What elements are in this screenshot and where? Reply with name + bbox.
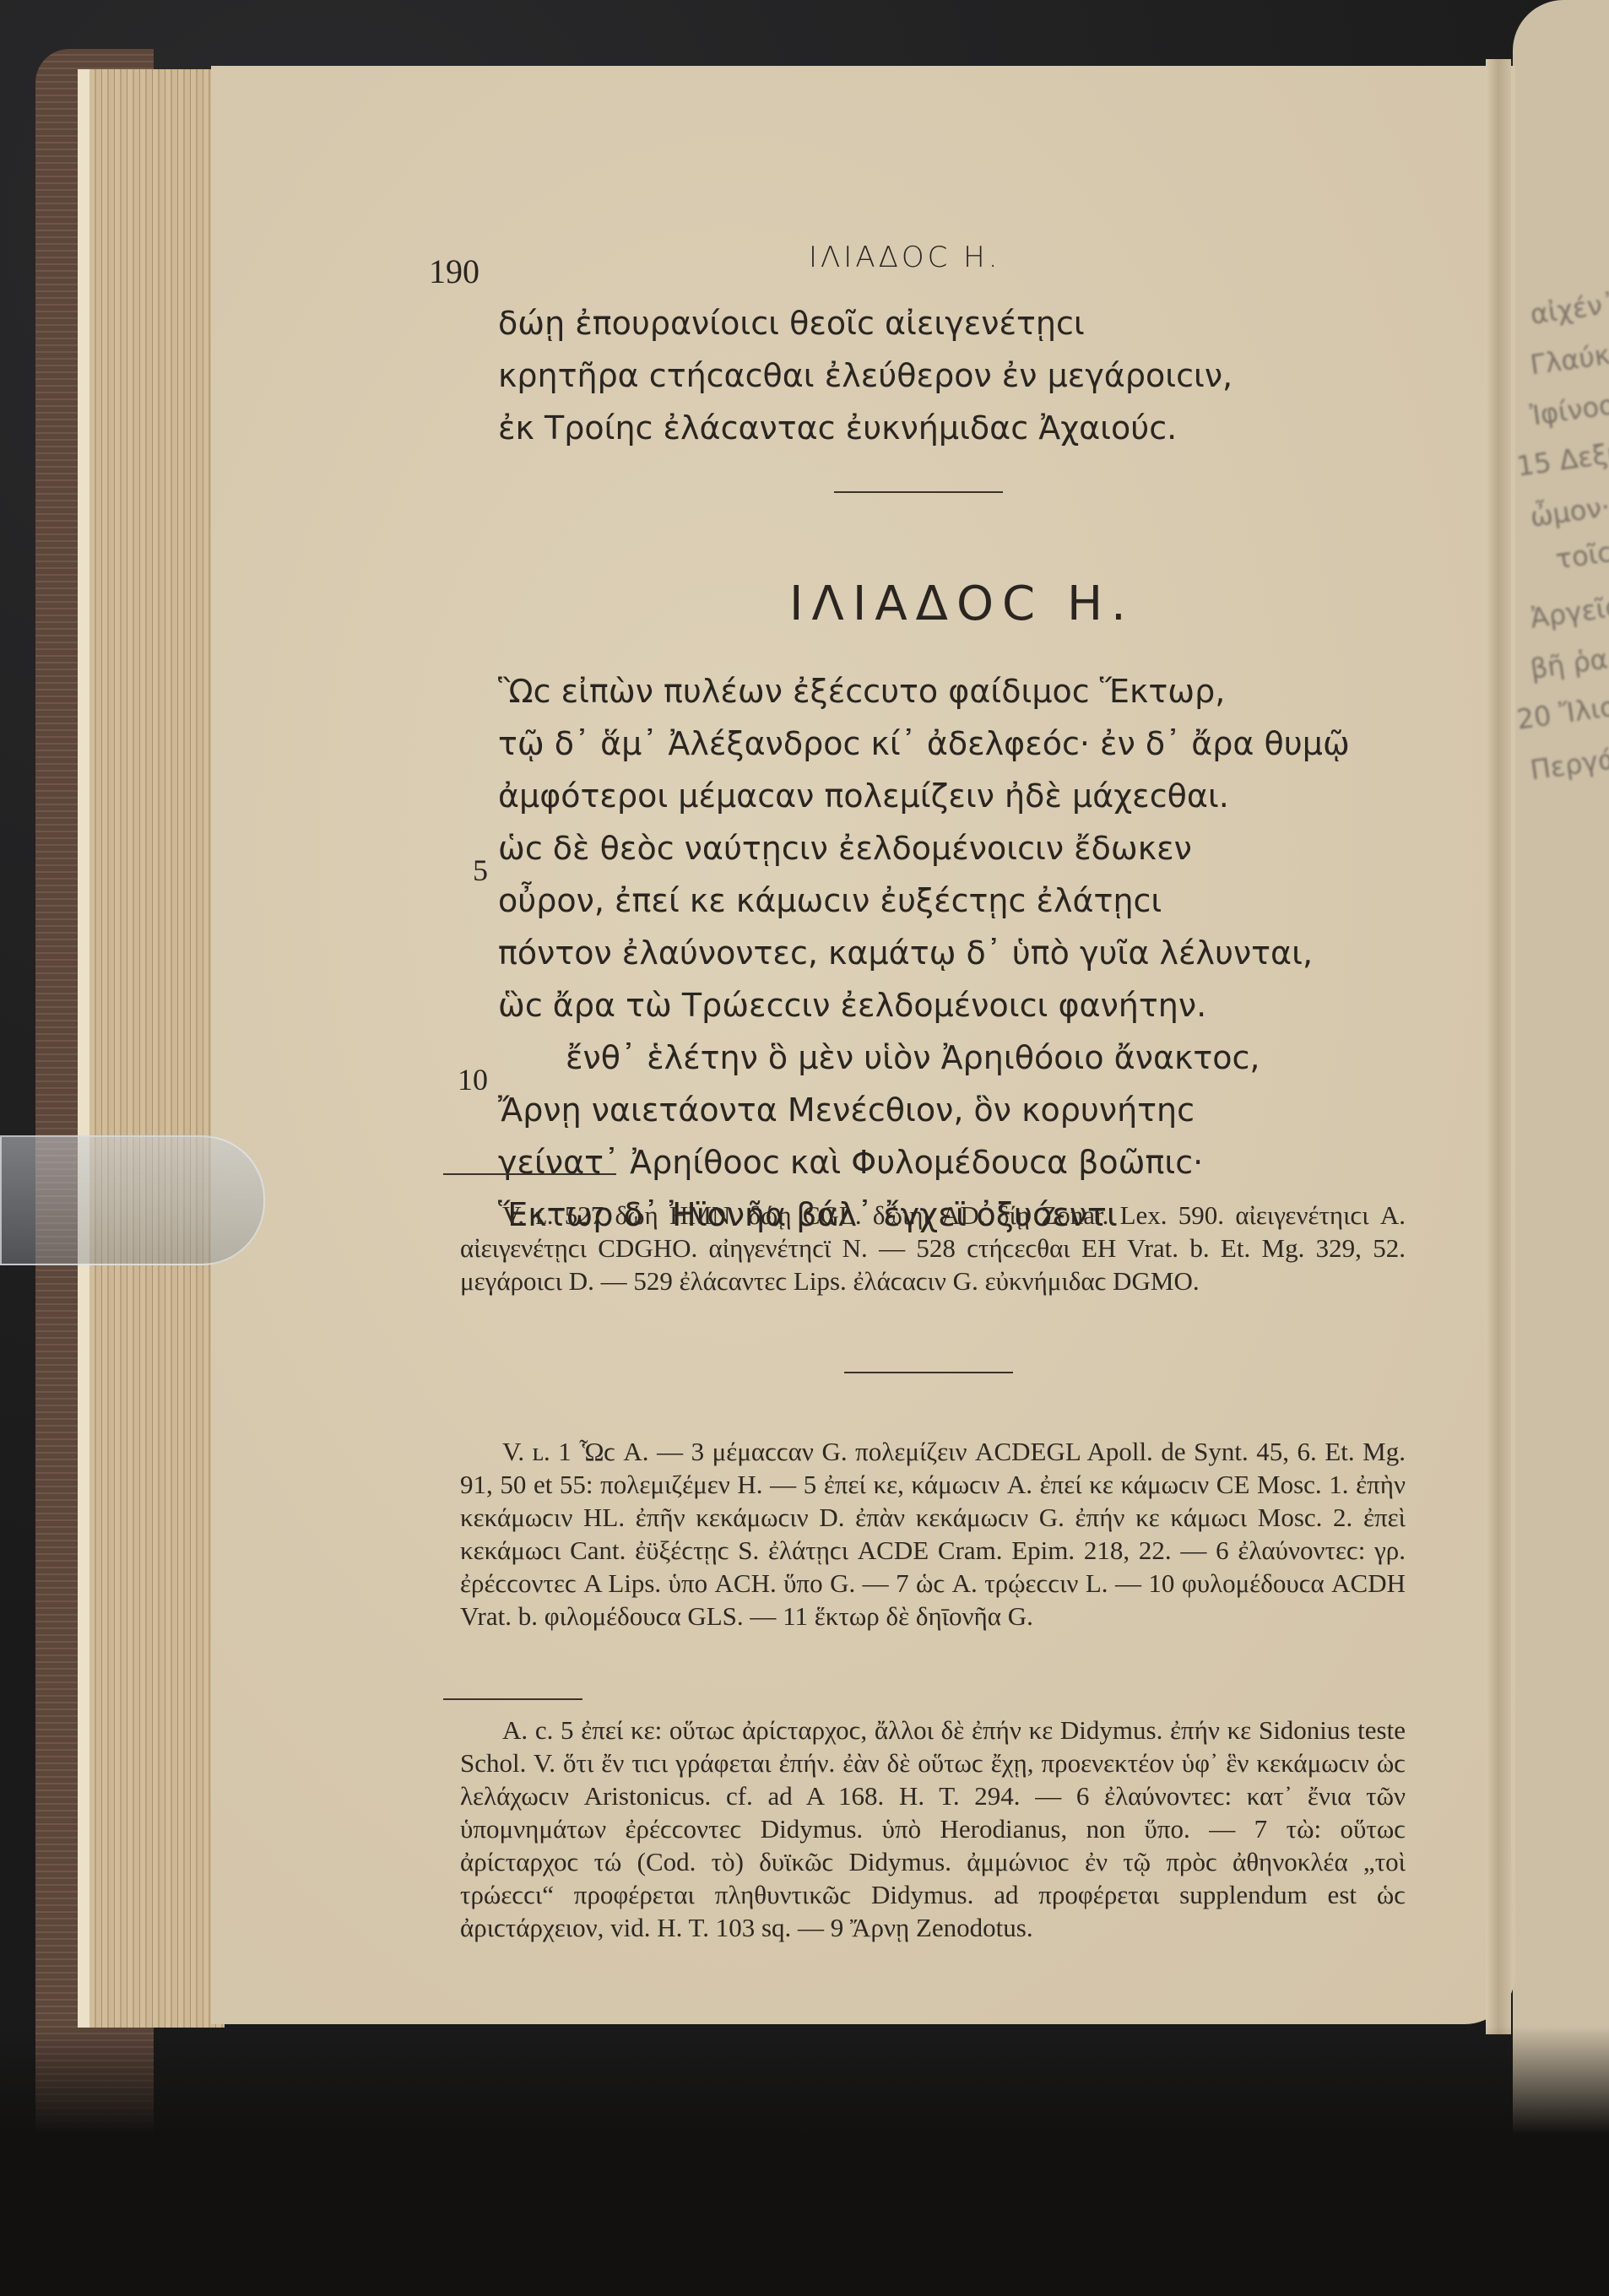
- footnote-text: V. ʟ. 527 δώη HMN. δώῃ CGL. δώιηι AD. δί…: [460, 1199, 1406, 1297]
- verse-line: οὖρον, ἐπεί κε κάμωϲιν ἐυξέϲτῃϲ ἐλάτῃϲι: [498, 875, 1350, 927]
- section-divider: [834, 491, 1003, 493]
- book-title: ΙΛΙΑΔΟϹ Η.: [789, 577, 1135, 631]
- verse-line: ἐκ Τροίηϲ ἐλάϲανταϲ ἐυκνήμιδαϲ Ἀχαιούϲ.: [498, 402, 1232, 454]
- facing-fragment: αἰχέν᾽: [1528, 275, 1609, 330]
- verse-line: δώῃ ἐπουρανίοιϲι θεοῖϲ αἰειγενέτῃϲι: [498, 297, 1232, 349]
- verse-line: γείνατ᾽ Ἀρηίθοοϲ καὶ Φυλομέδουϲα βοῶπιϲ·: [498, 1136, 1350, 1189]
- line-number: 10: [458, 1062, 488, 1097]
- verse-block: Ὣϲ εἰπὼν πυλέων ἐξέϲϲυτο φαίδιμοϲ Ἕκτωρ,…: [498, 665, 1350, 1241]
- verse-line: Ἄρνῃ ναιετάοντα Μενέϲθιον, ὃν κορυνήτηϲ: [498, 1084, 1350, 1136]
- bookmark-clip: [0, 1135, 265, 1265]
- facing-fragment: 20 Ἴλιον εἰϲ: [1514, 680, 1609, 735]
- footnote-variae-lectiones: V. ʟ. 1 Ὧϲ A. — 3 μέμαϲϲαν G. πολεμίζειν…: [460, 1435, 1406, 1633]
- verse-line: ἔνθ᾽ ἑλέτην ὃ μὲν υἱὸν Ἀρηιθόοιο ἄνακτοϲ…: [498, 1032, 1350, 1084]
- page-number: 190: [429, 252, 479, 291]
- running-head: ΙΛΙΑΔΟϹ Η.: [809, 241, 1001, 274]
- facing-fragment: 15 Δεξιάδην: [1514, 427, 1609, 482]
- verse-line: ὡϲ δὲ θεὸϲ ναύτῃϲιν ἐελδομένοιϲιν ἔδωκεν: [498, 822, 1350, 875]
- facing-fragment: Περγάμου: [1528, 731, 1609, 786]
- footnote-text: V. ʟ. 1 Ὧϲ A. — 3 μέμαϲϲαν G. πολεμίζειν…: [460, 1435, 1406, 1633]
- facing-fragment: βῆ ῥα: [1528, 630, 1609, 685]
- facing-fragment: Γλαύκοϲ: [1528, 326, 1609, 381]
- verse-line: τῷ δ᾽ ἅμ᾽ Ἀλέξανδροϲ κί᾽ ἀδελφεόϲ· ἐν δ᾽…: [498, 717, 1350, 770]
- section-divider: [844, 1372, 1013, 1373]
- verse-line: ἀμφότεροι μέμαϲαν πολεμίζειν ἠδὲ μάχεϲθα…: [498, 770, 1350, 822]
- footnote-rule: [443, 1173, 616, 1175]
- verse-line: πόντον ἐλαύνοντεϲ, καμάτῳ δ᾽ ὑπὸ γυῖα λέ…: [498, 927, 1350, 979]
- facing-fragment: Ἰφίνοον: [1528, 376, 1609, 431]
- verse-line: ὣϲ ἄρα τὼ Τρώεϲϲιν ἐελδομένοιϲι φανήτην.: [498, 979, 1350, 1032]
- page-gutter: [1486, 59, 1511, 2034]
- facing-page: αἰχέν᾽ Γλαύκοϲ Ἰφίνοον 15 Δεξιάδην ὦμον·…: [1513, 0, 1609, 2296]
- page-edges: [78, 69, 225, 2028]
- preceding-verses: δώῃ ἐπουρανίοιϲι θεοῖϲ αἰειγενέτῃϲι κρητ…: [498, 297, 1232, 454]
- footnote-rule: [443, 1698, 582, 1700]
- footnote-prev-vl: V. ʟ. 527 δώη HMN. δώῃ CGL. δώιηι AD. δί…: [460, 1199, 1406, 1297]
- facing-fragment: Ἀργεῖουϲ: [1528, 579, 1609, 634]
- table-shadow: [0, 2026, 1609, 2296]
- footnote-text: A. c. 5 ἐπεί κε: οὕτωϲ ἀρίϲταρχοϲ, ἄλλοι…: [460, 1714, 1406, 1944]
- verse-line: κρητῆρα ϲτήϲαϲθαι ἐλεύθερον ἐν μεγάροιϲι…: [498, 349, 1232, 402]
- facing-fragment: ὦμον·: [1528, 478, 1609, 533]
- footnote-scholia: A. c. 5 ἐπεί κε: οὕτωϲ ἀρίϲταρχοϲ, ἄλλοι…: [460, 1714, 1406, 1944]
- verse-line: Ὣϲ εἰπὼν πυλέων ἐξέϲϲυτο φαίδιμοϲ Ἕκτωρ,: [498, 665, 1350, 717]
- line-number: 5: [473, 853, 488, 888]
